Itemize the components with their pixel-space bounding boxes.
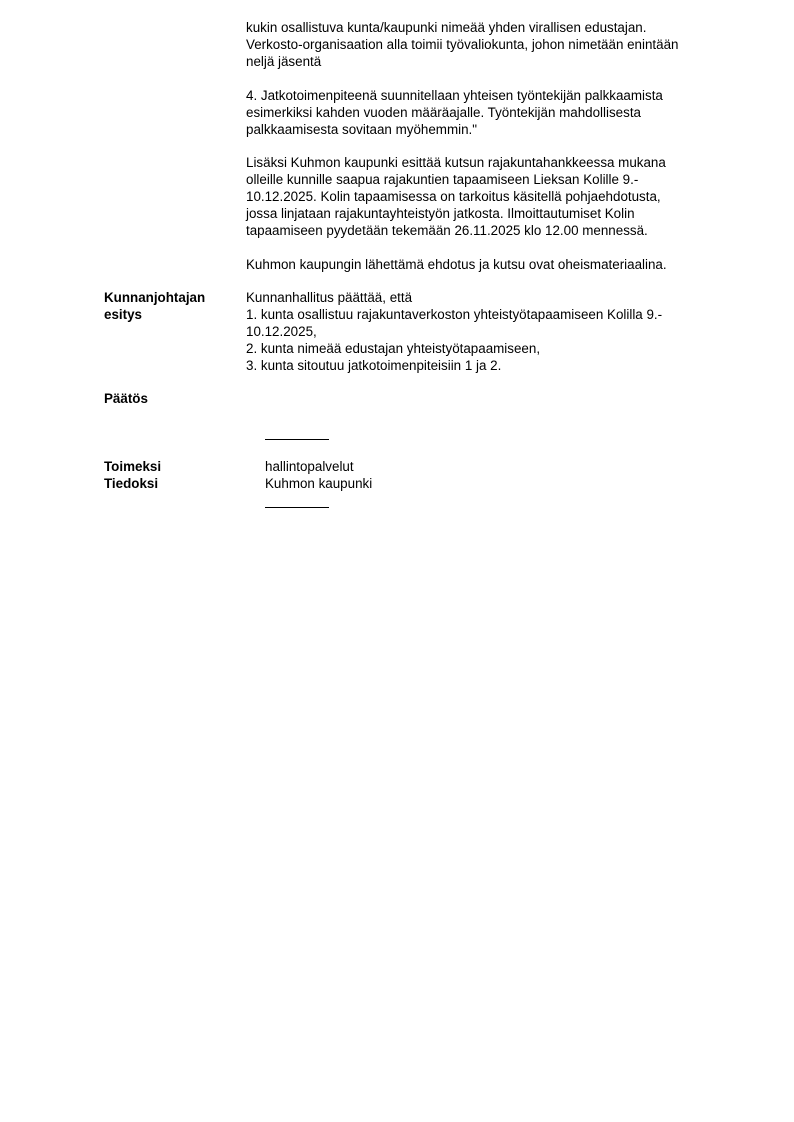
tiedoksi-label: Tiedoksi xyxy=(104,475,158,492)
intro-line: neljä jäsentä xyxy=(246,53,321,70)
attachment-note: Kuhmon kaupungin lähettämä ehdotus ja ku… xyxy=(246,256,667,273)
item4-line: esimerkiksi kahden vuoden määräajalle. T… xyxy=(246,104,641,121)
intro-line: kukin osallistuva kunta/kaupunki nimeää … xyxy=(246,19,646,36)
proposal-line: 10.12.2025, xyxy=(246,323,317,340)
proposal-line: 3. kunta sitoutuu jatkotoimenpiteisiin 1… xyxy=(246,357,501,374)
invitation-line: jossa linjataan rajakuntayhteistyön jatk… xyxy=(246,205,635,222)
invitation-line: 10.12.2025. Kolin tapaamisessa on tarkoi… xyxy=(246,188,661,205)
toimeksi-value: hallintopalvelut xyxy=(265,458,354,475)
divider-rule xyxy=(265,439,329,440)
proposal-label-line2: esitys xyxy=(104,306,142,323)
invitation-line: Lisäksi Kuhmon kaupunki esittää kutsun r… xyxy=(246,154,666,171)
proposal-line: 1. kunta osallistuu rajakuntaverkoston y… xyxy=(246,306,662,323)
invitation-line: olleille kunnille saapua rajakuntien tap… xyxy=(246,171,638,188)
proposal-line: 2. kunta nimeää edustajan yhteistyötapaa… xyxy=(246,340,540,357)
proposal-label-line1: Kunnanjohtajan xyxy=(104,289,205,306)
proposal-line: Kunnanhallitus päättää, että xyxy=(246,289,412,306)
decision-label: Päätös xyxy=(104,390,148,407)
item4-line: 4. Jatkotoimenpiteenä suunnitellaan yhte… xyxy=(246,87,663,104)
tiedoksi-value: Kuhmon kaupunki xyxy=(265,475,372,492)
toimeksi-label: Toimeksi xyxy=(104,458,161,475)
divider-rule xyxy=(265,507,329,508)
item4-line: palkkaamisesta sovitaan myöhemmin." xyxy=(246,121,477,138)
invitation-line: tapaamiseen pyydetään tekemään 26.11.202… xyxy=(246,222,648,239)
intro-line: Verkosto-organisaation alla toimii työva… xyxy=(246,36,679,53)
